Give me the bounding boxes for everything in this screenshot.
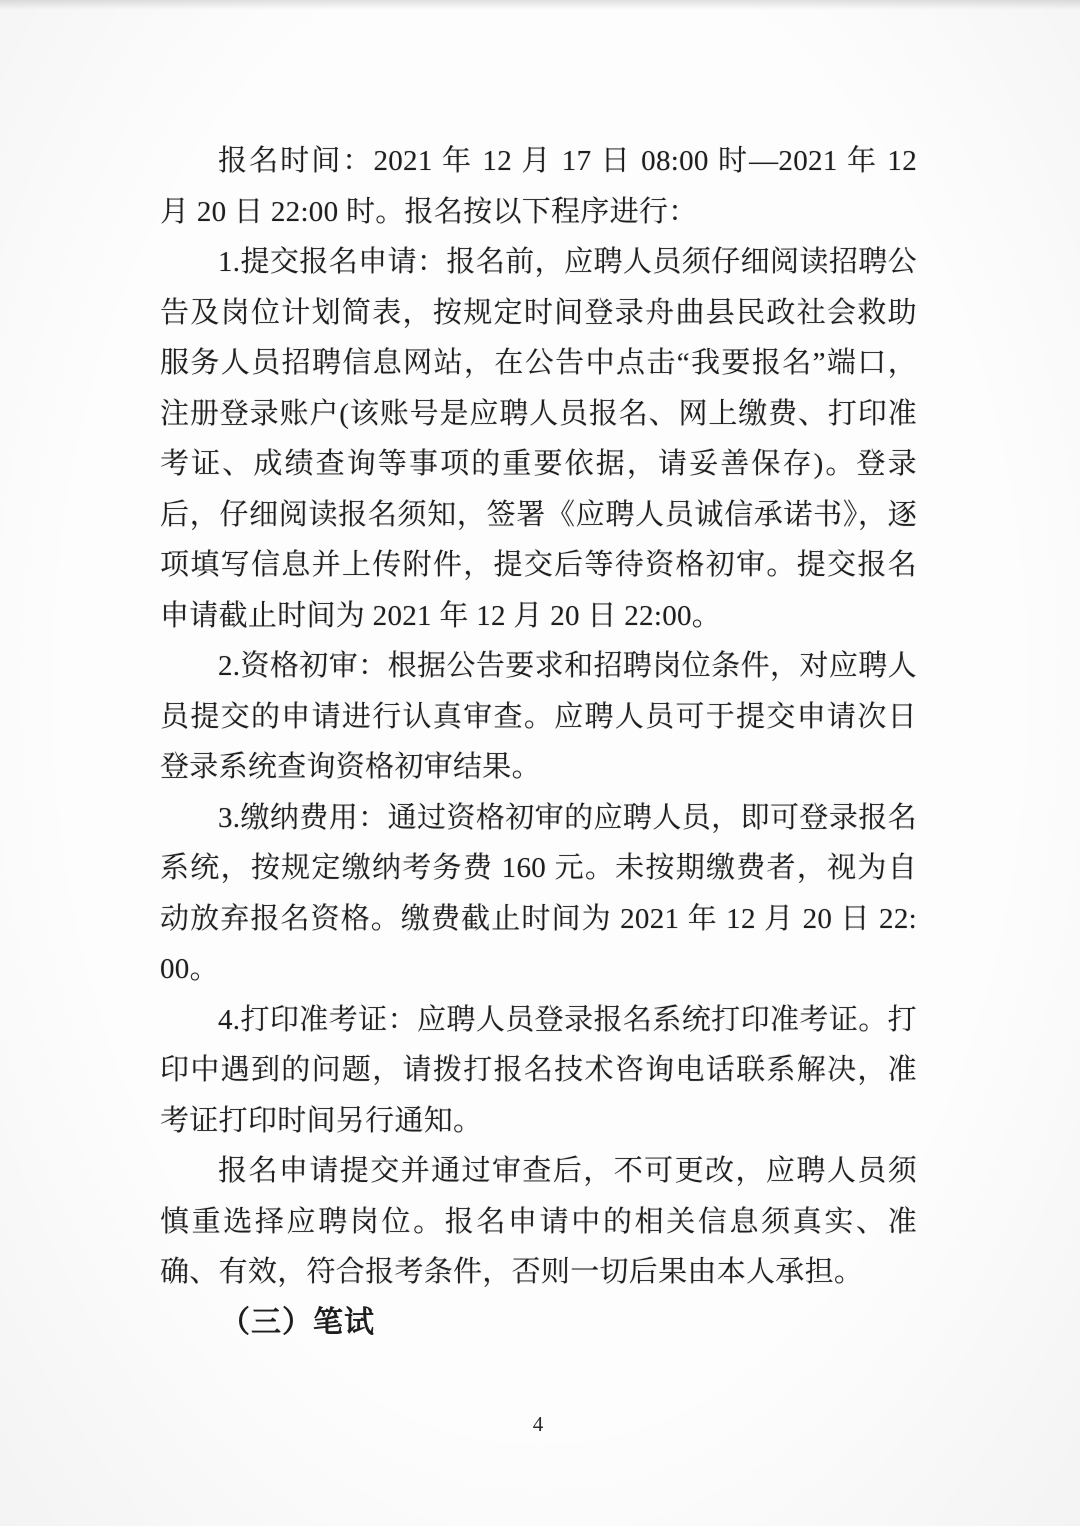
document-body: 报名时间：2021 年 12 月 17 日 08:00 时—2021 年 12 …: [160, 136, 917, 1348]
paragraph-step-2-qualification-review: 2.资格初审：根据公告要求和招聘岗位条件，对应聘人员提交的申请进行认真审查。应聘…: [160, 641, 917, 793]
scanned-document-page: 报名时间：2021 年 12 月 17 日 08:00 时—2021 年 12 …: [0, 0, 1080, 1526]
scan-edge-artifact: [0, 0, 1080, 10]
paragraph-step-1-submit-application: 1.提交报名申请：报名前，应聘人员须仔细阅读招聘公告及岗位计划简表，按规定时间登…: [160, 237, 917, 641]
page-number: 4: [0, 1410, 1076, 1438]
section-heading-written-test: （三）笔试: [160, 1298, 917, 1349]
paragraph-registration-time: 报名时间：2021 年 12 月 17 日 08:00 时—2021 年 12 …: [160, 136, 917, 237]
paragraph-step-4-print-admission-ticket: 4.打印准考证：应聘人员登录报名系统打印准考证。打印中遇到的问题，请拨打报名技术…: [160, 995, 917, 1147]
paragraph-step-3-pay-fee: 3.缴纳费用：通过资格初审的应聘人员，即可登录报名系统，按规定缴纳考务费 160…: [160, 793, 917, 995]
paragraph-notice-no-changes: 报名申请提交并通过审查后，不可更改，应聘人员须慎重选择应聘岗位。报名申请中的相关…: [160, 1146, 917, 1298]
